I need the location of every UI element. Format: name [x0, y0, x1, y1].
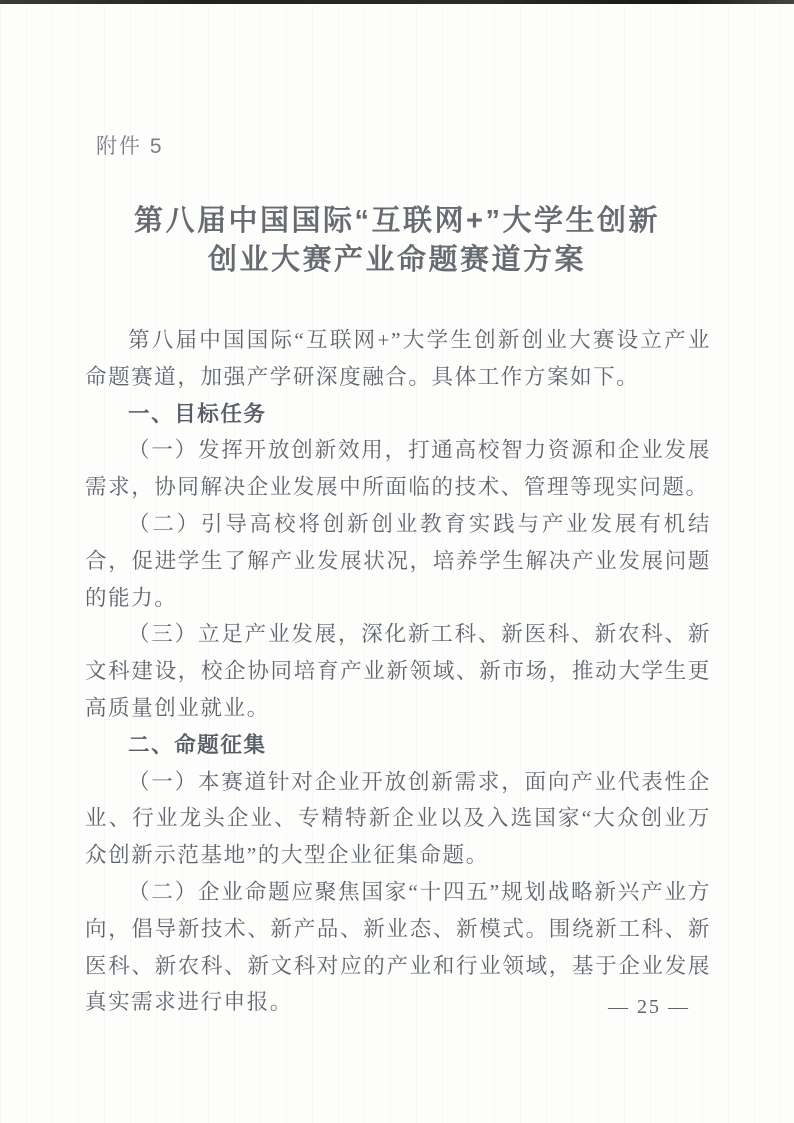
section-heading: 一、目标任务 — [85, 396, 711, 433]
document-title-line2: 创业大赛产业命题赛道方案 — [0, 241, 794, 280]
document-paragraph: （二）引导高校将创新创业教育实践与产业发展有机结合，促进学生了解产业发展状况，培… — [85, 506, 711, 616]
document-title-line1: 第八届中国国际“互联网+”大学生创新 — [0, 202, 794, 241]
document-paragraph: （一）本赛道针对企业开放创新需求，面向产业代表性企业、行业龙头企业、专精特新企业… — [85, 764, 711, 874]
document-paragraph: （三）立足产业发展，深化新工科、新医科、新农科、新文科建设，校企协同培育产业新领… — [85, 616, 711, 726]
document-title: 第八届中国国际“互联网+”大学生创新 创业大赛产业命题赛道方案 — [0, 202, 794, 280]
page-number: — 25 — — [608, 996, 690, 1019]
document-paragraph: （一）发挥开放创新效用，打通高校智力资源和企业发展需求，协同解决企业发展中所面临… — [85, 432, 711, 506]
section-heading: 二、命题征集 — [85, 727, 711, 764]
attachment-label: 附件 5 — [96, 130, 164, 160]
document-paragraph: 第八届中国国际“互联网+”大学生创新创业大赛设立产业命题赛道，加强产学研深度融合… — [85, 322, 711, 396]
scan-edge-artifact — [0, 0, 794, 4]
document-body: 第八届中国国际“互联网+”大学生创新创业大赛设立产业命题赛道，加强产学研深度融合… — [85, 322, 711, 1021]
